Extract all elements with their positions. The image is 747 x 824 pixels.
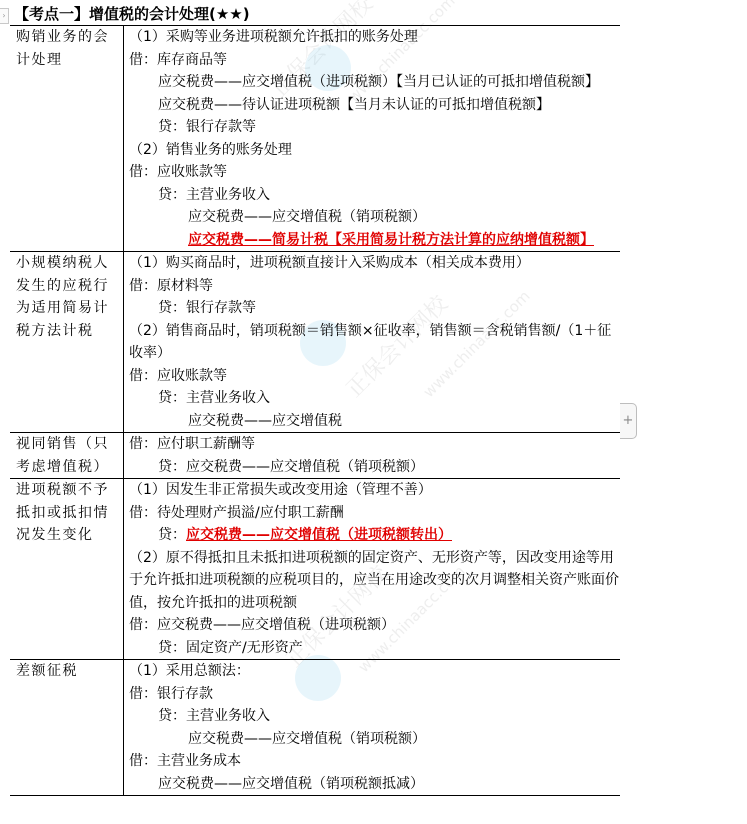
journal-line: 应交税费——简易计税【采用简易计税方法计算的应纳增值税额】: [129, 229, 620, 252]
entry-text: 借：应收账款等: [129, 164, 227, 180]
journal-line: 应交税费——待认证进项税额【当月未认证的可抵扣增值税额】: [129, 94, 620, 117]
highlighted-entry: 应交税费——简易计税【采用简易计税方法计算的应纳增值税额】: [188, 232, 594, 248]
journal-line: 应交税费——应交增值税（销项税额）: [129, 206, 620, 229]
row-label: 小规模纳税人发生的应税行为适用简易计税方法计税: [10, 252, 124, 433]
row-label: 视同销售（只考虑增值税）: [10, 433, 124, 479]
journal-line: （1）因发生非正常损失或改变用途（管理不善）: [129, 479, 620, 502]
entry-text: （2）销售商品时，销项税额＝销售额×征收率，销售额＝含税销售额/（1＋征收率）: [129, 323, 611, 362]
table-row: 视同销售（只考虑增值税）借：应付职工薪酬等贷：应交税费——应交增值税（销项税额）: [10, 433, 620, 479]
journal-line: 借：应交税费——应交增值税（进项税额）: [129, 614, 620, 637]
journal-line: （2）销售业务的账务处理: [129, 139, 620, 162]
journal-line: 借：主营业务成本: [129, 750, 620, 773]
entry-text: 应交税费——应交增值税（销项税额）: [188, 209, 426, 225]
journal-line: （1）采用总额法：: [129, 660, 620, 683]
journal-line: 借：应付职工薪酬等: [129, 433, 620, 456]
journal-line: 借：库存商品等: [129, 49, 620, 72]
table-row: 差额征税（1）采用总额法：借：银行存款贷：主营业务收入应交税费——应交增值税（销…: [10, 660, 620, 796]
entry-text: 借：银行存款: [129, 686, 213, 702]
journal-line: （2）销售商品时，销项税额＝销售额×征收率，销售额＝含税销售额/（1＋征收率）: [129, 320, 620, 365]
entry-text: 借：原材料等: [129, 278, 213, 294]
expand-handle-icon[interactable]: ›: [0, 8, 9, 24]
row-entries: 借：应付职工薪酬等贷：应交税费——应交增值税（销项税额）: [124, 433, 621, 479]
entry-text: 贷：主营业务收入: [158, 390, 270, 406]
journal-line: 借：原材料等: [129, 275, 620, 298]
journal-line: 贷：银行存款等: [129, 116, 620, 139]
vat-accounting-table: 购销业务的会计处理（1）采购等业务进项税额允许抵扣的账务处理借：库存商品等应交税…: [10, 25, 620, 796]
row-label: 差额征税: [10, 660, 124, 796]
highlighted-entry: 应交税费——应交增值税（进项税额转出）: [186, 527, 452, 543]
document-page: 正保会计网校 www.chinaacc.com 正保会计网校 www.china…: [0, 0, 747, 824]
entry-text: 贷：固定资产/无形资产: [158, 640, 303, 656]
journal-line: 借：应收账款等: [129, 161, 620, 184]
journal-line: 借：待处理财产损溢/应付职工薪酬: [129, 502, 620, 525]
journal-line: 应交税费——应交增值税（销项税额）: [129, 728, 620, 751]
row-label: 进项税额不予抵扣或抵扣情况发生变化: [10, 479, 124, 660]
row-entries: （1）采用总额法：借：银行存款贷：主营业务收入应交税费——应交增值税（销项税额）…: [124, 660, 621, 796]
journal-line: 应交税费——应交增值税（销项税额抵减）: [129, 773, 620, 796]
journal-line: 贷：银行存款等: [129, 297, 620, 320]
section-heading: 【考点一】增值税的会计处理(★★): [14, 4, 250, 25]
journal-line: （1）购买商品时，进项税额直接计入采购成本（相关成本费用）: [129, 252, 620, 275]
credit-prefix: 贷：: [158, 527, 186, 543]
entry-text: 贷：应交税费——应交增值税（销项税额）: [158, 459, 424, 475]
entry-text: 应交税费——应交增值税（进项税额）【当月已认证的可抵扣增值税额】: [158, 74, 599, 90]
entry-text: 应交税费——应交增值税（销项税额抵减）: [158, 776, 424, 792]
journal-line: 贷：主营业务收入: [129, 387, 620, 410]
entry-text: 贷：主营业务收入: [158, 187, 270, 203]
entry-text: 借：应付职工薪酬等: [129, 436, 255, 452]
journal-line: 贷：主营业务收入: [129, 705, 620, 728]
row-entries: （1）购买商品时，进项税额直接计入采购成本（相关成本费用）借：原材料等贷：银行存…: [124, 252, 621, 433]
journal-line: （1）采购等业务进项税额允许抵扣的账务处理: [129, 26, 620, 49]
entry-text: 贷：银行存款等: [158, 119, 256, 135]
journal-line: 贷：应交税费——应交增值税（进项税额转出）: [129, 524, 620, 547]
journal-line: 贷：主营业务收入: [129, 184, 620, 207]
entry-text: 贷：主营业务收入: [158, 708, 270, 724]
journal-line: 借：应收账款等: [129, 365, 620, 388]
entry-text: 借：应收账款等: [129, 368, 227, 384]
entry-text: 借：库存商品等: [129, 52, 227, 68]
add-button[interactable]: +: [620, 403, 637, 439]
entry-text: 应交税费——应交增值税（销项税额）: [188, 731, 426, 747]
entry-text: （2）销售业务的账务处理: [129, 142, 292, 158]
journal-line: 应交税费——应交增值税（进项税额）【当月已认证的可抵扣增值税额】: [129, 71, 620, 94]
entry-text: （1）因发生非正常损失或改变用途（管理不善）: [129, 482, 432, 498]
entry-text: 应交税费——应交增值税: [188, 413, 342, 429]
entry-text: （2）原不得抵扣且未抵扣进项税额的固定资产、无形资产等，因改变用途等用于允许抵扣…: [129, 550, 619, 611]
row-entries: （1）采购等业务进项税额允许抵扣的账务处理借：库存商品等应交税费——应交增值税（…: [124, 26, 621, 252]
entry-text: 借：待处理财产损溢/应付职工薪酬: [129, 505, 344, 521]
table-row: 购销业务的会计处理（1）采购等业务进项税额允许抵扣的账务处理借：库存商品等应交税…: [10, 26, 620, 252]
row-entries: （1）因发生非正常损失或改变用途（管理不善）借：待处理财产损溢/应付职工薪酬贷：…: [124, 479, 621, 660]
entry-text: 借：主营业务成本: [129, 753, 241, 769]
journal-line: （2）原不得抵扣且未抵扣进项税额的固定资产、无形资产等，因改变用途等用于允许抵扣…: [129, 547, 620, 615]
entry-text: 贷：银行存款等: [158, 300, 256, 316]
entry-text: 应交税费——待认证进项税额【当月未认证的可抵扣增值税额】: [158, 97, 550, 113]
entry-text: （1）采购等业务进项税额允许抵扣的账务处理: [129, 29, 418, 45]
journal-line: 应交税费——应交增值税: [129, 410, 620, 433]
journal-line: 贷：应交税费——应交增值税（销项税额）: [129, 456, 620, 479]
entry-text: 借：应交税费——应交增值税（进项税额）: [129, 617, 395, 633]
entry-text: （1）购买商品时，进项税额直接计入采购成本（相关成本费用）: [129, 255, 530, 271]
table-row: 小规模纳税人发生的应税行为适用简易计税方法计税（1）购买商品时，进项税额直接计入…: [10, 252, 620, 433]
table-row: 进项税额不予抵扣或抵扣情况发生变化（1）因发生非正常损失或改变用途（管理不善）借…: [10, 479, 620, 660]
journal-line: 贷：固定资产/无形资产: [129, 637, 620, 660]
entry-text: （1）采用总额法：: [129, 663, 250, 679]
journal-line: 借：银行存款: [129, 683, 620, 706]
row-label: 购销业务的会计处理: [10, 26, 124, 252]
